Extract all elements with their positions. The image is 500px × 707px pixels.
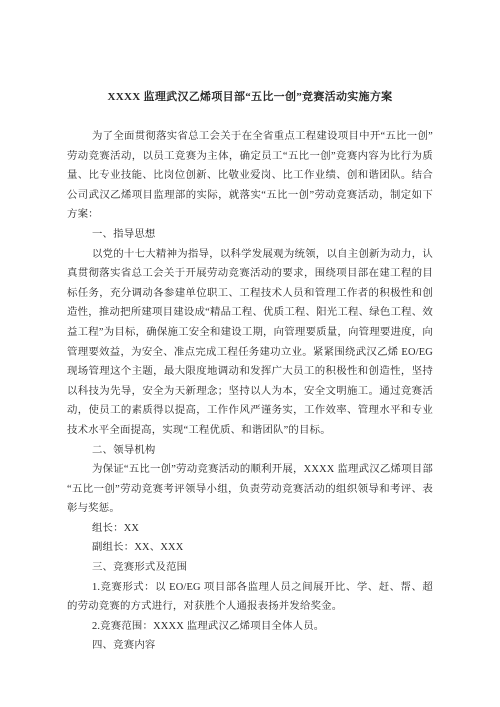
competition-form-paragraph: 1.竞赛形式：以 EO/EG 项目部各监理人员之间展开比、学、赶、帮、超的劳动竞… <box>67 578 433 617</box>
competition-scope-paragraph: 2.竞赛范围：XXXX 监理武汉乙烯项目全体人员。 <box>67 617 433 637</box>
section-heading-2-leadership: 二、领导机构 <box>67 441 433 461</box>
document-page: XXXX 监理武汉乙烯项目部“五比一创”竞赛活动实施方案 为了全面贯彻落实省总工… <box>0 0 500 707</box>
leader-line: 组长：XX <box>67 519 433 539</box>
section-heading-4-content: 四、竞赛内容 <box>67 636 433 656</box>
section-heading-3-form-scope: 三、竞赛形式及范围 <box>67 558 433 578</box>
guiding-thought-paragraph: 以党的十七大精神为指导，以科学发展观为统领，以自主创新为动力，认真贯彻落实省总工… <box>67 245 433 441</box>
section-heading-1-guiding-thought: 一、指导思想 <box>67 225 433 245</box>
document-title: XXXX 监理武汉乙烯项目部“五比一创”竞赛活动实施方案 <box>67 87 433 107</box>
document-content: XXXX 监理武汉乙烯项目部“五比一创”竞赛活动实施方案 为了全面贯彻落实省总工… <box>0 0 500 656</box>
intro-paragraph: 为了全面贯彻落实省总工会关于在全省重点工程建设项目中开“五比一创”劳动竞赛活动，… <box>67 127 433 225</box>
leadership-intro-paragraph: 为保证“五比一创”劳动竞赛活动的顺利开展，XXXX 监理武汉乙烯项目部“五比一创… <box>67 460 433 519</box>
deputy-leader-line: 副组长：XX、XXX <box>67 538 433 558</box>
